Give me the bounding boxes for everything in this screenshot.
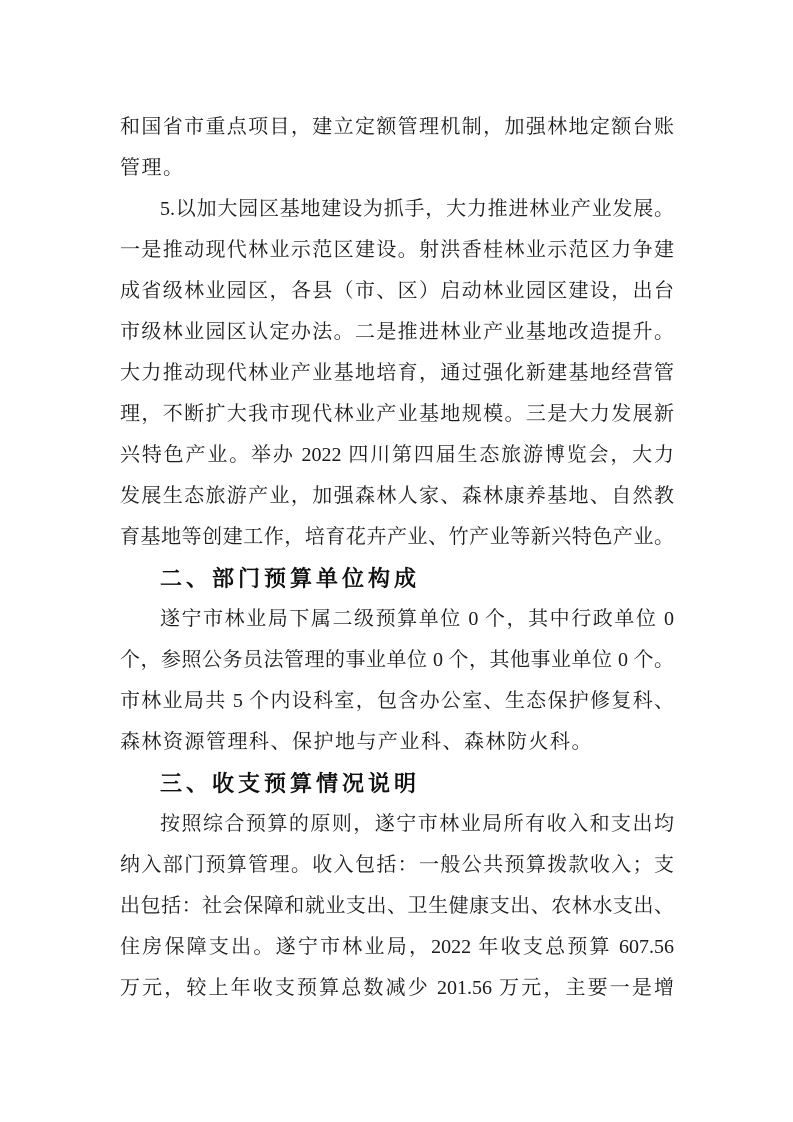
body-line: 5.以加大园区基地建设为抓手，大力推进林业产业发展。 bbox=[120, 189, 674, 230]
body-line: 个，参照公务员法管理的事业单位 0 个，其他事业单位 0 个。 bbox=[120, 640, 674, 681]
body-line: 出包括：社会保障和就业支出、卫生健康支出、农林水支出、 bbox=[120, 886, 674, 927]
paragraph: 遂宁市林业局下属二级预算单位 0 个，其中行政单位 0个，参照公务员法管理的事业… bbox=[120, 599, 674, 763]
body-line: 纳入部门预算管理。收入包括：一般公共预算拨款收入；支 bbox=[120, 845, 674, 886]
paragraph: 和国省市重点项目，建立定额管理机制，加强林地定额台账管理。 bbox=[120, 107, 674, 189]
body-line: 市级林业园区认定办法。二是推进林业产业基地改造提升。 bbox=[120, 312, 674, 353]
body-line: 理，不断扩大我市现代林业产业基地规模。三是大力发展新 bbox=[120, 394, 674, 435]
document-page: 和国省市重点项目，建立定额管理机制，加强林地定额台账管理。5.以加大园区基地建设… bbox=[0, 0, 793, 1122]
document-content: 和国省市重点项目，建立定额管理机制，加强林地定额台账管理。5.以加大园区基地建设… bbox=[120, 107, 674, 1009]
body-line: 遂宁市林业局下属二级预算单位 0 个，其中行政单位 0 bbox=[120, 599, 674, 640]
body-line: 森林资源管理科、保护地与产业科、森林防火科。 bbox=[120, 722, 674, 763]
body-line: 和国省市重点项目，建立定额管理机制，加强林地定额台账 bbox=[120, 107, 674, 148]
body-line: 育基地等创建工作，培育花卉产业、竹产业等新兴特色产业。 bbox=[120, 517, 674, 558]
body-line: 住房保障支出。遂宁市林业局，2022 年收支总预算 607.56 bbox=[120, 927, 674, 968]
section-heading: 三、收支预算情况说明 bbox=[120, 763, 674, 804]
body-line: 发展生态旅游产业，加强森林人家、森林康养基地、自然教 bbox=[120, 476, 674, 517]
body-line: 市林业局共 5 个内设科室，包含办公室、生态保护修复科、 bbox=[120, 681, 674, 722]
body-line: 按照综合预算的原则，遂宁市林业局所有收入和支出均 bbox=[120, 804, 674, 845]
body-line: 大力推动现代林业产业基地培育，通过强化新建基地经营管 bbox=[120, 353, 674, 394]
paragraph: 5.以加大园区基地建设为抓手，大力推进林业产业发展。一是推动现代林业示范区建设。… bbox=[120, 189, 674, 558]
body-line: 一是推动现代林业示范区建设。射洪香桂林业示范区力争建 bbox=[120, 230, 674, 271]
body-line: 成省级林业园区，各县（市、区）启动林业园区建设，出台 bbox=[120, 271, 674, 312]
body-line: 兴特色产业。举办 2022 四川第四届生态旅游博览会，大力 bbox=[120, 435, 674, 476]
body-line: 管理。 bbox=[120, 148, 674, 189]
paragraph: 按照综合预算的原则，遂宁市林业局所有收入和支出均纳入部门预算管理。收入包括：一般… bbox=[120, 804, 674, 1009]
body-line: 万元，较上年收支预算总数减少 201.56 万元，主要一是增 bbox=[120, 968, 674, 1009]
section-heading: 二、部门预算单位构成 bbox=[120, 558, 674, 599]
